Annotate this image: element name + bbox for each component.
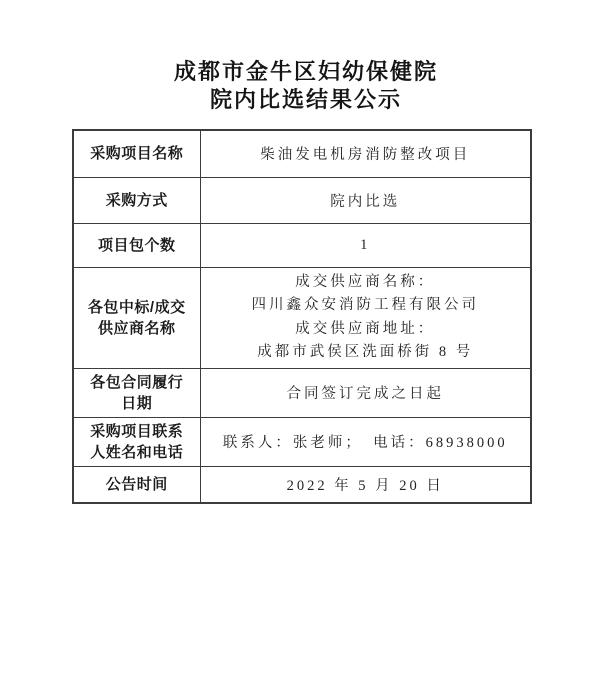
row-label-package-count: 项目包个数 (73, 223, 200, 267)
notice-document: 成都市金牛区妇幼保健院 院内比选结果公示 采购项目名称 柴油发电机房消防整改项目… (0, 0, 612, 696)
row-value-notice-date: 2022 年 5 月 20 日 (200, 466, 531, 503)
table-row-project-name: 采购项目名称 柴油发电机房消防整改项目 (73, 130, 531, 177)
row-value-contact: 联系人：张老师； 电话：68938000 (200, 417, 531, 466)
row-value-project-name: 柴油发电机房消防整改项目 (200, 130, 531, 177)
row-label-procurement-method: 采购方式 (73, 177, 200, 223)
table-row-procurement-method: 采购方式 院内比选 (73, 177, 531, 223)
table-row-package-count: 项目包个数 1 (73, 223, 531, 267)
document-title: 成都市金牛区妇幼保健院 院内比选结果公示 (0, 0, 612, 114)
row-label-contract-date: 各包合同履行日期 (73, 368, 200, 417)
table-row-contact: 采购项目联系人姓名和电话 联系人：张老师； 电话：68938000 (73, 417, 531, 466)
row-label-project-name: 采购项目名称 (73, 130, 200, 177)
table-row-contract-date: 各包合同履行日期 合同签订完成之日起 (73, 368, 531, 417)
document-title-line1: 成都市金牛区妇幼保健院 (0, 58, 612, 86)
row-value-package-count: 1 (200, 223, 531, 267)
notice-table: 采购项目名称 柴油发电机房消防整改项目 采购方式 院内比选 项目包个数 1 各包… (72, 129, 532, 504)
supplier-name-label: 成交供应商名称： (207, 271, 525, 295)
table-row-notice-date: 公告时间 2022 年 5 月 20 日 (73, 466, 531, 503)
supplier-address-label: 成交供应商地址： (207, 318, 525, 342)
row-label-notice-date: 公告时间 (73, 466, 200, 503)
row-value-winning-supplier: 成交供应商名称： 四川鑫众安消防工程有限公司 成交供应商地址： 成都市武侯区洗面… (200, 267, 531, 368)
table-row-winning-supplier: 各包中标/成交供应商名称 成交供应商名称： 四川鑫众安消防工程有限公司 成交供应… (73, 267, 531, 368)
row-label-contact: 采购项目联系人姓名和电话 (73, 417, 200, 466)
row-value-procurement-method: 院内比选 (200, 177, 531, 223)
row-label-winning-supplier: 各包中标/成交供应商名称 (73, 267, 200, 368)
supplier-name: 四川鑫众安消防工程有限公司 (207, 294, 525, 318)
row-value-contract-date: 合同签订完成之日起 (200, 368, 531, 417)
document-title-line2: 院内比选结果公示 (0, 86, 612, 114)
supplier-address: 成都市武侯区洗面桥街 8 号 (207, 341, 525, 365)
